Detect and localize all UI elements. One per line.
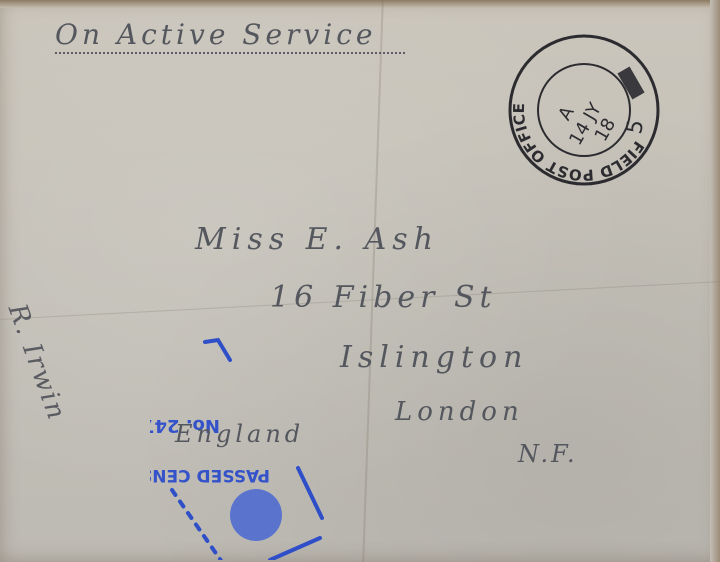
header-underline bbox=[55, 52, 405, 54]
on-active-service-note: On Active Service bbox=[55, 18, 376, 51]
envelope-photo: On Active Service FIELD POST OFFICE A 14… bbox=[0, 0, 720, 562]
postmark-number: 5 bbox=[622, 118, 649, 136]
envelope-top-edge bbox=[0, 0, 720, 8]
censor-text: PASSED CENSOR bbox=[150, 465, 270, 485]
address-district: Islington bbox=[340, 340, 528, 375]
address-city: London bbox=[395, 397, 524, 427]
field-post-office-postmark: FIELD POST OFFICE A 14 JY 18 5 bbox=[506, 32, 662, 188]
address-recipient: Miss E. Ash bbox=[195, 222, 439, 257]
country-note: England bbox=[175, 420, 304, 448]
sender-signature: R. Irwin bbox=[2, 300, 72, 425]
address-street: 16 Fiber St bbox=[270, 280, 497, 315]
address-postal-district: N.F. bbox=[518, 440, 578, 468]
